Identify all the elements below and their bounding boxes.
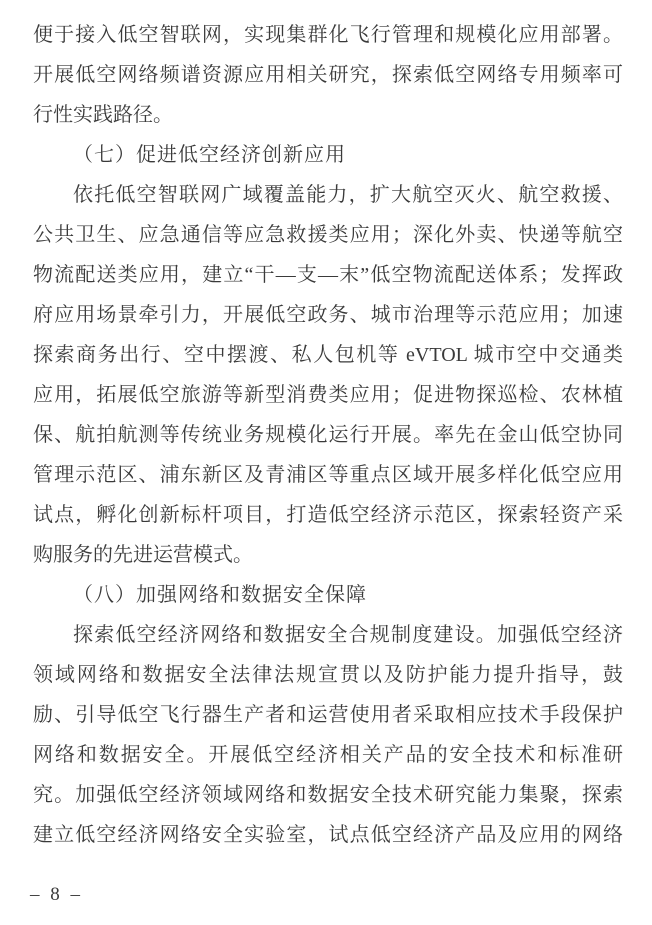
paragraph-line: 建立低空经济网络安全实验室，试点低空经济产品及应用的网络 [33,815,623,855]
paragraph-line: 行性实践路径。 [33,95,623,135]
page-footer: – 8 – [30,884,83,906]
paragraph-line: 试点，孵化创新标杆项目，打造低空经济示范区，探索轻资产采 [33,495,623,535]
paragraph-line: 保、航拍航测等传统业务规模化运行开展。率先在金山低空协同 [33,415,623,455]
paragraph-line: 励、引导低空飞行器生产者和运营使用者采取相应技术手段保护 [33,695,623,735]
paragraph-line: 府应用场景牵引力，开展低空政务、城市治理等示范应用；加速 [33,295,623,335]
section-heading: （八）加强网络和数据安全保障 [33,575,623,615]
page-number: – 8 – [30,884,83,905]
paragraph-line: 究。加强低空经济领域网络和数据安全技术研究能力集聚，探索 [33,775,623,815]
paragraph-line: 网络和数据安全。开展低空经济相关产品的安全技术和标准研 [33,735,623,775]
document-page: 便于接入低空智联网，实现集群化飞行管理和规模化应用部署。开展低空网络频谱资源应用… [0,0,652,925]
paragraph-line: 公共卫生、应急通信等应急救援类应用；深化外卖、快递等航空 [33,215,623,255]
paragraph-line: 物流配送类应用，建立“干—支—末”低空物流配送体系；发挥政 [33,255,623,295]
section-heading: （七）促进低空经济创新应用 [33,135,623,175]
paragraph-line: 探索商务出行、空中摆渡、私人包机等 eVTOL 城市空中交通类 [33,335,623,375]
paragraph-line: 探索低空经济网络和数据安全合规制度建设。加强低空经济 [33,615,623,655]
paragraph-line: 依托低空智联网广域覆盖能力，扩大航空灭火、航空救援、 [33,175,623,215]
paragraph-line: 管理示范区、浦东新区及青浦区等重点区域开展多样化低空应用 [33,455,623,495]
paragraph-line: 开展低空网络频谱资源应用相关研究，探索低空网络专用频率可 [33,55,623,95]
paragraph-line: 应用，拓展低空旅游等新型消费类应用；促进物探巡检、农林植 [33,375,623,415]
document-body: 便于接入低空智联网，实现集群化飞行管理和规模化应用部署。开展低空网络频谱资源应用… [33,15,623,855]
paragraph-line: 购服务的先进运营模式。 [33,535,623,575]
paragraph-line: 便于接入低空智联网，实现集群化飞行管理和规模化应用部署。 [33,15,623,55]
paragraph-line: 领域网络和数据安全法律法规宣贯以及防护能力提升指导，鼓 [33,655,623,695]
